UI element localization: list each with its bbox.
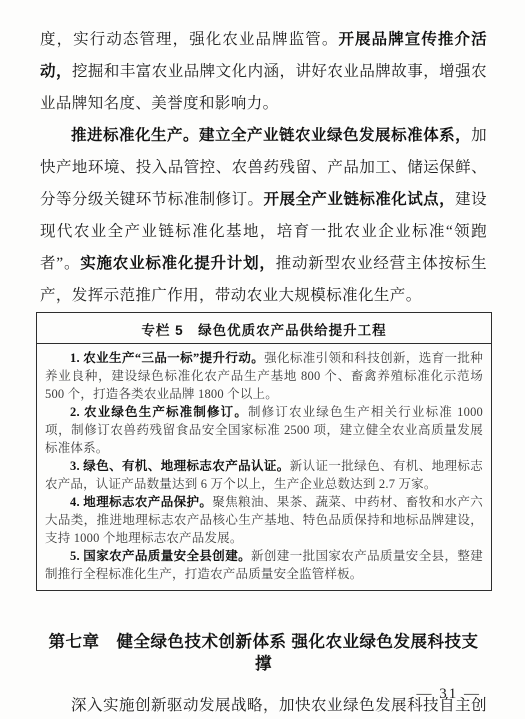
panel-item-3: 3. 绿色、有机、地理标志农产品认证。新认证一批绿色、有机、地理标志农产品，认证… [45, 457, 483, 493]
panel-item-lead: 3. 绿色、有机、地理标志农产品认证。 [70, 459, 290, 473]
text-segment-bold: 开展全产业链标准化试点， [264, 191, 456, 208]
panel-item-4: 4. 地理标志农产品保护。聚焦粮油、果茶、蔬菜、中药材、畜牧和水产六大品类，推进… [45, 493, 483, 547]
page-content: 度，实行动态管理，强化农业品牌监管。开展品牌宣传推介活动，挖掘和丰富农业品牌文化… [0, 0, 525, 719]
panel-item-5: 5. 国家农产品质量安全县创建。新创建一批国家农产品质量安全县，整建制推行全程标… [45, 547, 483, 583]
panel-item-2: 2. 农业绿色生产标准制修订。制修订农业绿色生产相关行业标准 1000 项，制修… [45, 403, 483, 457]
text-segment-bold: 实施农业标准化提升计划， [80, 255, 275, 272]
paragraph-brand-management: 度，实行动态管理，强化农业品牌监管。开展品牌宣传推介活动，挖掘和丰富农业品牌文化… [40, 24, 487, 120]
page-number: — 31 — [417, 686, 482, 703]
text-segment: 挖掘和丰富农业品牌文化内涵，讲好农业品牌故事，增强农业品牌知名度、美誉度和影响力… [40, 63, 487, 112]
panel-item-lead: 4. 地理标志农产品保护。 [70, 495, 212, 509]
chapter-7-heading: 第七章 健全绿色技术创新体系 强化农业绿色发展科技支撑 [40, 631, 487, 675]
column-5-panel: 专栏 5 绿色优质农产品供给提升工程 1. 农业生产“三品一标”提升行动。强化标… [36, 312, 492, 591]
panel-item-lead: 5. 国家农产品质量安全县创建。 [70, 549, 251, 563]
panel-item-lead: 2. 农业绿色生产标准制修订。 [70, 405, 248, 419]
panel-body: 1. 农业生产“三品一标”提升行动。强化标准引领和科技创新，选育一批种养业良种，… [37, 344, 491, 590]
text-segment-bold: 推进标准化生产。建立全产业链农业绿色发展标准体系， [71, 127, 471, 144]
panel-item-lead: 1. 农业生产“三品一标”提升行动。 [70, 351, 264, 365]
panel-title: 专栏 5 绿色优质农产品供给提升工程 [37, 313, 491, 344]
panel-item-1: 1. 农业生产“三品一标”提升行动。强化标准引领和科技创新，选育一批种养业良种，… [45, 349, 483, 403]
paragraph-standardized-production: 推进标准化生产。建立全产业链农业绿色发展标准体系，加快产地环境、投入品管控、农兽… [40, 120, 487, 312]
document-page: 度，实行动态管理，强化农业品牌监管。开展品牌宣传推介活动，挖掘和丰富农业品牌文化… [0, 0, 525, 719]
text-segment: 度，实行动态管理，强化农业品牌监管。 [40, 31, 338, 48]
